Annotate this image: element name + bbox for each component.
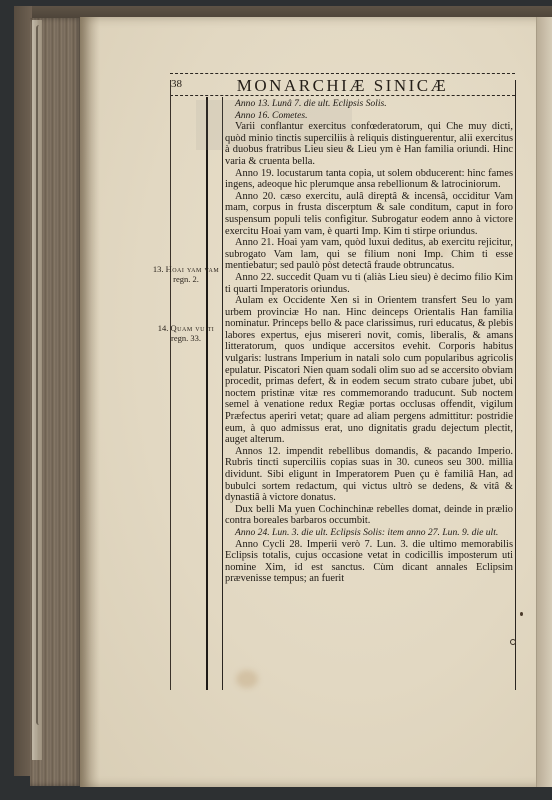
- paragraph: Anno 22. succedit Quam vu ti (aliàs Lieu…: [225, 272, 513, 295]
- margin-note-14: 14. Quam vu ti regn. 33.: [150, 323, 222, 343]
- margin-note-name: Quam vu ti: [171, 323, 215, 333]
- running-title: MONARCHIÆ SINICÆ: [170, 76, 515, 96]
- ring-mark: [510, 639, 516, 645]
- page-header: 38 MONARCHIÆ SINICÆ: [170, 78, 515, 96]
- paragraph: Anno 21. Hoai yam vam, quòd luxui deditu…: [225, 237, 513, 272]
- paragraph: Anno Cycli 28. Imperii verò 7. Lun. 3. d…: [225, 539, 513, 585]
- header-rule-bottom: [170, 95, 515, 96]
- book-photograph: 38 MONARCHIÆ SINICÆ 13. Hoai yam vam reg…: [0, 0, 552, 800]
- main-text-column: Anno 13. Lunâ 7. die ult. Eclipsis Solis…: [225, 98, 513, 585]
- margin-column-rule: [206, 97, 208, 690]
- foxing-stain: [236, 670, 258, 688]
- paragraph: Anno 24. Lun. 3. die ult. Eclipsis Solis…: [225, 527, 513, 539]
- next-page-edge: [536, 17, 552, 787]
- paragraph: Dux belli Ma yuen Cochinchinæ rebelles d…: [225, 504, 513, 527]
- margin-note-13: 13. Hoai yam vam regn. 2.: [150, 264, 222, 284]
- margin-note-reign: regn. 2.: [150, 274, 222, 284]
- paragraph: Anno 19. locustarum tanta copia, ut sole…: [225, 168, 513, 191]
- paragraph: Anno 13. Lunâ 7. die ult. Eclipsis Solis…: [225, 98, 513, 110]
- margin-note-reign: regn. 33.: [150, 333, 222, 343]
- paragraph: Aulam ex Occidente Xen si in Orientem tr…: [225, 295, 513, 446]
- paragraph: Annos 12. impendit rebellibus domandis, …: [225, 446, 513, 504]
- margin-note-name: Hoai yam vam: [166, 264, 220, 274]
- frame-border-left: [170, 80, 171, 690]
- text-column-rule: [222, 97, 223, 690]
- paragraph: Anno 20. cæso exercitu, aulâ direptâ & i…: [225, 191, 513, 237]
- margin-note-number: 14.: [158, 323, 169, 333]
- header-rule-top: [170, 73, 515, 74]
- margin-note-number: 13.: [153, 264, 164, 274]
- paragraph: Varii conflantur exercitus confœderatoru…: [225, 121, 513, 167]
- page-edge-tear: [36, 25, 42, 725]
- ink-spot: [520, 612, 523, 616]
- frame-border-right: [515, 80, 516, 690]
- paragraph: Anno 16. Cometes.: [225, 110, 513, 122]
- gutter-shadow: [80, 17, 100, 787]
